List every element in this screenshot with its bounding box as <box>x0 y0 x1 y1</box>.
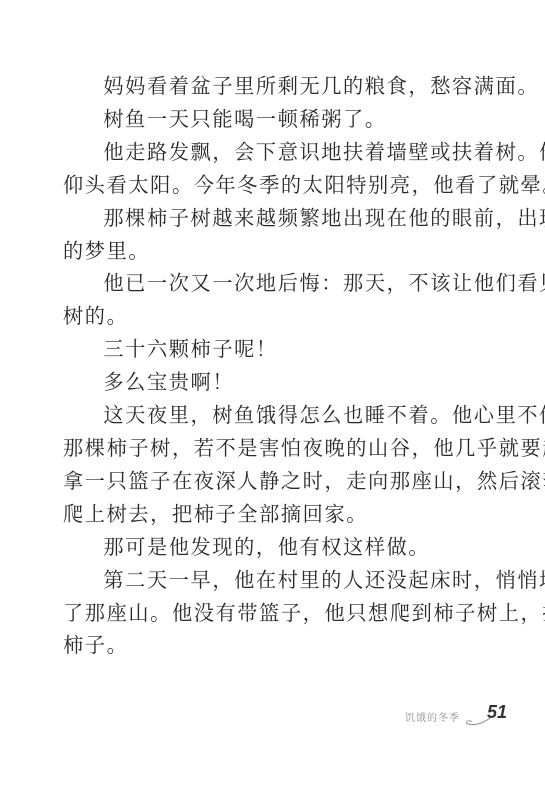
text-line: 那棵柿子树，若不是害怕夜晚的山谷，他几乎就要起床， <box>23 432 481 465</box>
text-line: 三十六颗柿子呢！ <box>63 333 481 366</box>
text-line: 仰头看太阳。今年冬季的太阳特别亮，他看了就晕。 <box>23 169 481 202</box>
page-body: 妈妈看着盆子里所剩无几的粮食，愁容满面。 树鱼一天只能喝一顿稀粥了。 他走路发飘… <box>63 70 481 662</box>
paragraph: 这天夜里，树鱼饿得怎么也睡不着。他心里不住地想那棵柿子树，若不是害怕夜晚的山谷，… <box>63 399 481 531</box>
text-line: 他已一次又一次地后悔：那天，不该让他们看见柿子 <box>63 267 481 300</box>
text-line: 这天夜里，树鱼饿得怎么也睡不着。他心里不住地想 <box>63 399 481 432</box>
text-line: 爬上树去，把柿子全部摘回家。 <box>23 498 481 531</box>
text-line: 第二天一早，他在村里的人还没起床时，悄悄地走向 <box>63 564 481 597</box>
page-number: 51 <box>487 702 507 723</box>
text-line: 那可是他发现的，他有权这样做。 <box>63 531 481 564</box>
text-line: 拿一只篮子在夜深人静之时，走向那座山，然后滚落下去， <box>23 465 481 498</box>
text-line: 树鱼一天只能喝一顿稀粥了。 <box>63 103 481 136</box>
paragraph: 他走路发飘，会下意识地扶着墙壁或扶着树。他不敢仰头看太阳。今年冬季的太阳特别亮，… <box>63 136 481 202</box>
paragraph: 那可是他发现的，他有权这样做。 <box>63 531 481 564</box>
paragraph: 第二天一早，他在村里的人还没起床时，悄悄地走向了那座山。他没有带篮子，他只想爬到… <box>63 564 481 663</box>
text-line: 的梦里。 <box>23 235 481 268</box>
text-line: 妈妈看着盆子里所剩无几的粮食，愁容满面。 <box>63 70 481 103</box>
paragraph: 妈妈看着盆子里所剩无几的粮食，愁容满面。 <box>63 70 481 103</box>
running-title: 饥饿的冬季 <box>405 709 460 724</box>
page-footer: 饥饿的冬季 51 <box>405 702 525 732</box>
text-line: 柿子。 <box>23 629 481 662</box>
paragraph: 他已一次又一次地后悔：那天，不该让他们看见柿子树的。 <box>63 267 481 333</box>
text-line: 树的。 <box>23 300 481 333</box>
paragraph: 那棵柿子树越来越频繁地出现在他的眼前，出现在他的梦里。 <box>63 202 481 268</box>
text-line: 他走路发飘，会下意识地扶着墙壁或扶着树。他不敢 <box>63 136 481 169</box>
text-line: 那棵柿子树越来越频繁地出现在他的眼前，出现在他 <box>63 202 481 235</box>
paragraph: 树鱼一天只能喝一顿稀粥了。 <box>63 103 481 136</box>
paragraph: 多么宝贵啊！ <box>63 366 481 399</box>
text-line: 了那座山。他没有带篮子，他只想爬到柿子树上，摘一颗 <box>23 597 481 630</box>
text-line: 多么宝贵啊！ <box>63 366 481 399</box>
paragraph: 三十六颗柿子呢！ <box>63 333 481 366</box>
